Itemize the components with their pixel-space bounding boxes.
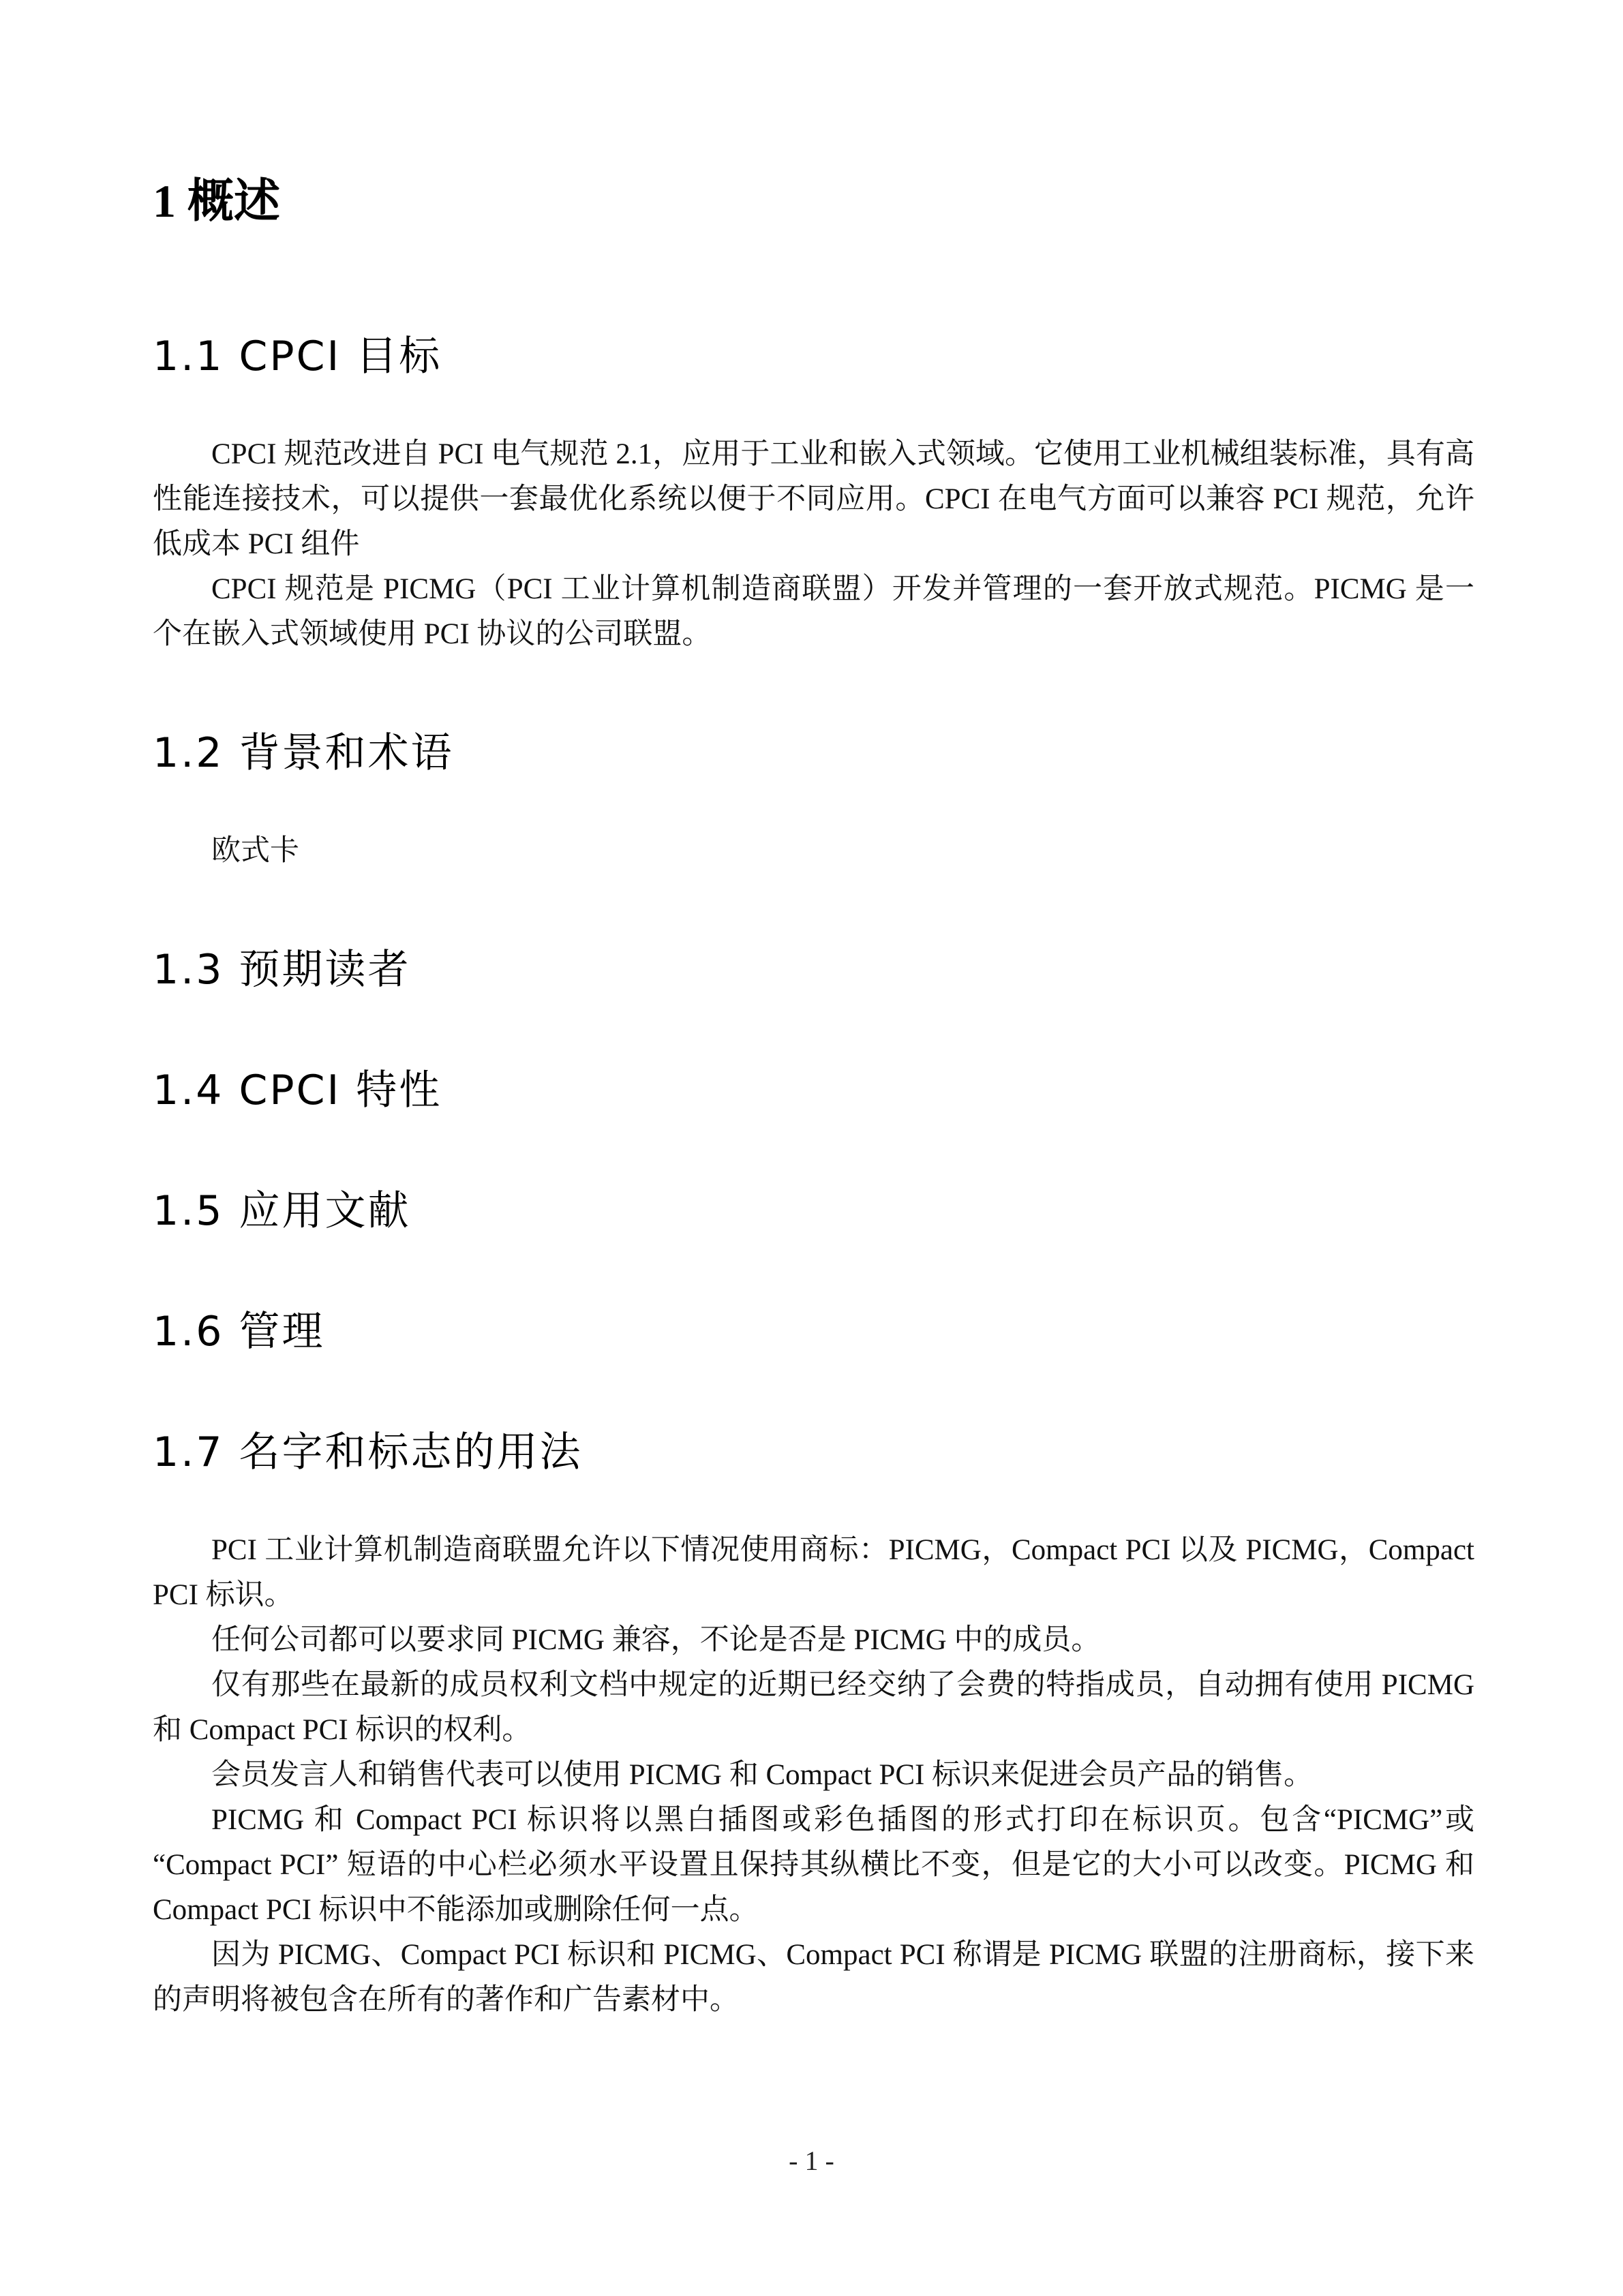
document-page: 1 概述 1.1 CPCI 目标 CPCI 规范改进自 PCI 电气规范 2.1… <box>0 0 1623 2296</box>
paragraph: 仅有那些在最新的成员权利文档中规定的近期已经交纳了会费的特指成员，自动拥有使用 … <box>153 1663 1474 1753</box>
section-heading-1-7: 1.7 名字和标志的用法 <box>153 1428 1474 1477</box>
paragraph: CPCI 规范改进自 PCI 电气规范 2.1，应用于工业和嵌入式领域。它使用工… <box>153 432 1474 567</box>
section-heading-1-5: 1.5 应用文献 <box>153 1187 1474 1236</box>
section-heading-1-1: 1.1 CPCI 目标 <box>153 332 1474 381</box>
paragraph: PICMG 和 Compact PCI 标识将以黑白插图或彩色插图的形式打印在标… <box>153 1798 1474 1933</box>
page-number: - 1 - <box>0 2145 1623 2177</box>
section-heading-1-6: 1.6 管理 <box>153 1307 1474 1356</box>
page-content: 1 概述 1.1 CPCI 目标 CPCI 规范改进自 PCI 电气规范 2.1… <box>0 0 1623 2023</box>
paragraph: CPCI 规范是 PICMG（PCI 工业计算机制造商联盟）开发并管理的一套开放… <box>153 567 1474 657</box>
section-heading-1-2: 1.2 背景和术语 <box>153 729 1474 778</box>
paragraph: 会员发言人和销售代表可以使用 PICMG 和 Compact PCI 标识来促进… <box>153 1753 1474 1798</box>
paragraph: 欧式卡 <box>153 829 1474 874</box>
paragraph: PCI 工业计算机制造商联盟允许以下情况使用商标：PICMG，Compact P… <box>153 1528 1474 1618</box>
chapter-title: 1 概述 <box>153 174 1474 230</box>
paragraph: 任何公司都可以要求同 PICMG 兼容，不论是否是 PICMG 中的成员。 <box>153 1618 1474 1663</box>
paragraph: 因为 PICMG、Compact PCI 标识和 PICMG、Compact P… <box>153 1933 1474 2023</box>
section-heading-1-3: 1.3 预期读者 <box>153 945 1474 994</box>
section-heading-1-4: 1.4 CPCI 特性 <box>153 1066 1474 1115</box>
